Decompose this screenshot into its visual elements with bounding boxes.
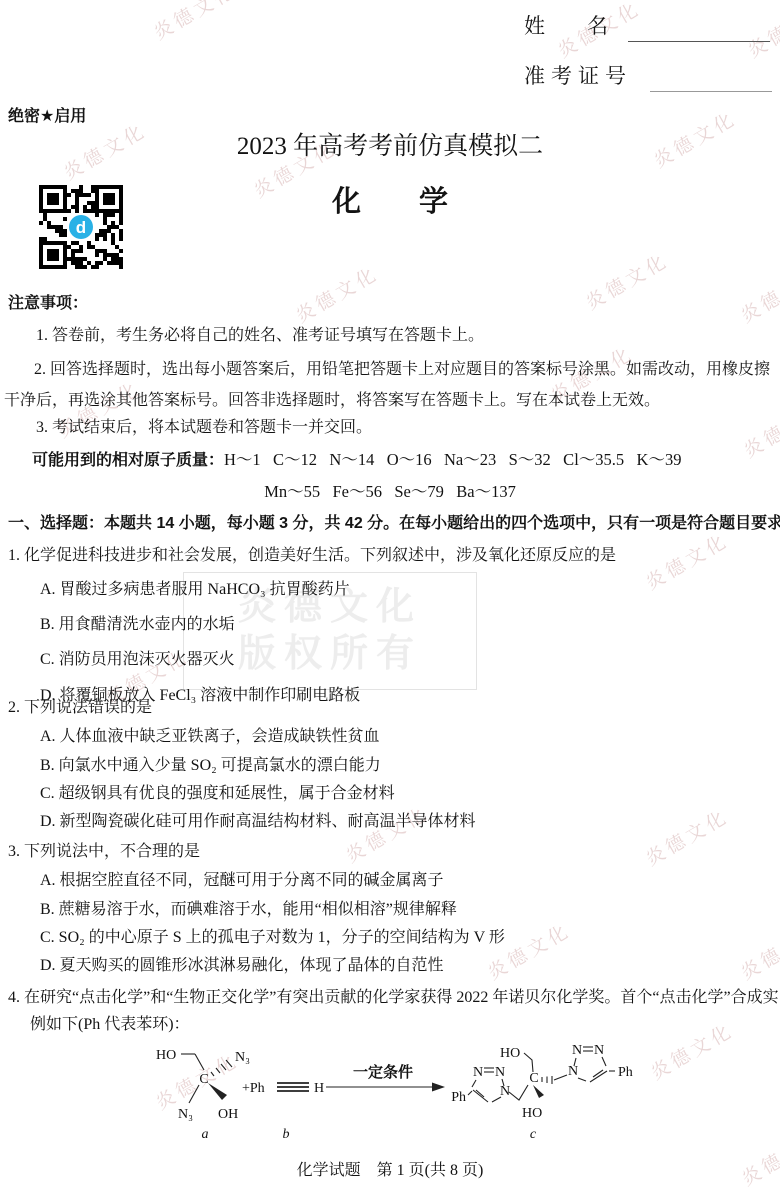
reaction-scheme-figure: HO C N₃ N₃ OH a +Ph H b 一 (148, 1030, 668, 1148)
question-3-stem: 3. 下列说法中，不合理的是 (8, 841, 200, 862)
question-2-option-c: C. 超级钢具有优良的强度和延展性，属于合金材料 (40, 783, 395, 804)
name-label: 姓 名 (524, 16, 608, 37)
nitrogen-label: N (495, 1065, 505, 1080)
question-2-option-a: A. 人体血液中缺乏亚铁离子，会造成缺铁性贫血 (40, 726, 380, 747)
molecule-b: +Ph H b (242, 1081, 324, 1142)
molecule-a: HO C N₃ N₃ OH a (156, 1048, 250, 1142)
molecule-c: Ph N N N HO C HO N (451, 1043, 633, 1142)
brand-watermark: 炎德文化 (640, 526, 733, 595)
exam-number-label: 准考证号 (524, 66, 632, 87)
molecule-c-label: c (530, 1127, 537, 1142)
question-1-option-b: B. 用食醋清洗水壶内的水垢 (40, 614, 235, 635)
nitrogen-label: N (594, 1043, 604, 1058)
carbon-label: C (529, 1071, 538, 1086)
brand-watermark: 炎德文化 (735, 259, 780, 328)
atomic-mass-label: 可能用到的相对原子质量： (32, 452, 224, 469)
notice-item-3: 3. 考试结束后，将本试题卷和答题卡一并交回。 (36, 417, 372, 438)
hydroxyl-label: HO (500, 1046, 520, 1061)
nitrogen-label: N (473, 1065, 483, 1080)
nitrogen-label: N (572, 1043, 582, 1058)
phenyl-label: +Ph (242, 1081, 265, 1096)
copyright-watermark-line: 版权所有 (238, 631, 422, 679)
question-2-option-d: D. 新型陶瓷碳化硅可用作耐高温结构材料、耐高温半导体材料 (40, 811, 476, 832)
phenyl-label: Ph (618, 1065, 633, 1080)
hydroxyl-label: HO (156, 1048, 176, 1063)
reaction-arrow: 一定条件 (326, 1063, 445, 1092)
section-1-heading: 一、选择题：本题共 14 小题，每小题 3 分，共 42 分。在每小题给出的四个… (8, 513, 780, 534)
question-2-option-b: B. 向氯水中通入少量 SO₂ 可提高氯水的漂白能力 (40, 755, 381, 776)
hydroxyl-label: OH (218, 1107, 238, 1122)
question-1-option-a: A. 胃酸过多病患者服用 NaHCO₃ 抗胃酸药片 (40, 579, 350, 600)
svg-text:d: d (76, 218, 86, 237)
azide-label: N₃ (178, 1107, 193, 1122)
atomic-mass-values-1: H～1 C～12 N～14 O～16 Na～23 S～32 Cl～35.5 K～… (224, 450, 681, 469)
molecule-b-label: b (283, 1127, 290, 1142)
exam-paper-page: 炎德文化 版权所有 姓 名 准考证号 绝密★启用 2023 年高考考前仿真模拟二… (0, 0, 780, 1193)
hydrogen-label: H (314, 1081, 324, 1096)
nitrogen-label: N (568, 1064, 578, 1079)
carbon-label: C (199, 1072, 208, 1087)
brand-watermark: 炎德文化 (340, 799, 433, 868)
secrecy-label: 绝密★启用 (8, 106, 86, 127)
notice-item-1: 1. 答卷前，考生务必将自己的姓名、准考证号填写在答题卡上。 (36, 325, 484, 346)
question-3-option-b: B. 蔗糖易溶于水，而碘难溶于水，能用“相似相溶”规律解释 (40, 899, 457, 920)
azide-label: N₃ (235, 1050, 250, 1065)
phenyl-label: Ph (451, 1090, 466, 1105)
question-3-option-d: D. 夏天购买的圆锥形冰淇淋易融化，体现了晶体的自范性 (40, 955, 444, 976)
question-1-option-c: C. 消防员用泡沫灭火器灭火 (40, 649, 235, 670)
question-1-stem: 1. 化学促进科技进步和社会发展，创造美好生活。下列叙述中，涉及氧化还原反应的是 (8, 545, 616, 566)
hydroxyl-label: HO (522, 1106, 542, 1121)
question-2-stem: 2. 下列说法错误的是 (8, 697, 152, 718)
question-3-option-a: A. 根据空腔直径不同，冠醚可用于分离不同的碱金属离子 (40, 870, 444, 891)
notice-heading: 注意事项： (8, 293, 88, 314)
brand-watermark: 炎德文化 (290, 259, 383, 328)
question-3-option-c: C. SO₂ 的中心原子 S 上的孤电子对数为 1，分子的空间结构为 V 形 (40, 927, 505, 948)
qr-code: d (38, 184, 124, 270)
brand-watermark: 炎德文化 (640, 802, 733, 871)
page-footer: 化学试题 第 1 页(共 8 页) (0, 1160, 780, 1181)
molecule-a-label: a (202, 1127, 209, 1142)
nitrogen-label: N (500, 1084, 510, 1099)
name-blank-line (628, 17, 770, 42)
exam-title: 2023 年高考考前仿真模拟二 (0, 136, 780, 157)
exam-number-blank-line (650, 67, 772, 92)
atomic-mass-values-2: Mn～55 Fe～56 Se～79 Ba～137 (0, 481, 780, 502)
brand-watermark: 炎德文化 (735, 916, 780, 985)
reaction-condition-label: 一定条件 (353, 1063, 413, 1081)
brand-watermark: 炎德文化 (148, 0, 241, 45)
notice-item-2: 2. 回答选择题时，选出每小题答案后，用铅笔把答题卡上对应题目的答案标号涂黑。如… (4, 354, 770, 416)
brand-watermark: 炎德文化 (580, 246, 673, 315)
